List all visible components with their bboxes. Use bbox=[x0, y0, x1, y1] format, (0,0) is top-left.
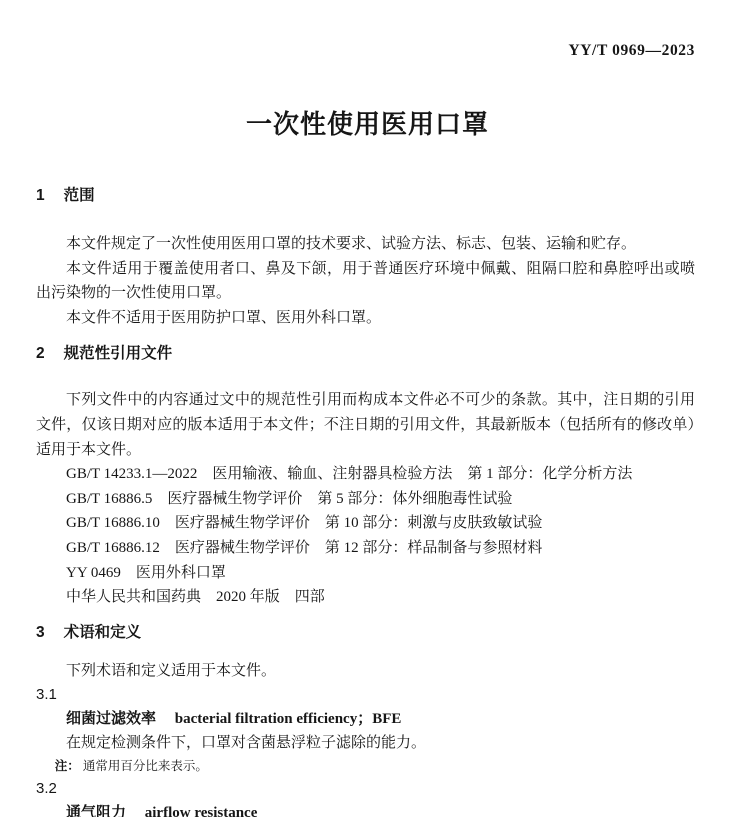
term-entry-title: 细菌过滤效率 bacterial filtration efficiency；B… bbox=[36, 707, 695, 731]
section-title: 范围 bbox=[64, 187, 95, 204]
paragraph: 本文件不适用于医用防护口罩、医用外科口罩。 bbox=[36, 306, 695, 331]
references-intro-paragraph: 下列文件中的内容通过文中的规范性引用而构成本文件必不可少的条款。其中，注日期的引… bbox=[36, 388, 695, 462]
note-text: 通常用百分比来表示。 bbox=[83, 759, 208, 773]
terms-block: 下列术语和定义适用于本文件。 3.1 细菌过滤效率 bacterial filt… bbox=[36, 659, 695, 817]
section-heading-terms: 3 术语和定义 bbox=[36, 623, 695, 643]
document-body: 1 范围 本文件规定了一次性使用医用口罩的技术要求、试验方法、标志、包装、运输和… bbox=[0, 186, 735, 817]
paragraph: 本文件适用于覆盖使用者口、鼻及下颌，用于普通医疗环境中佩戴、阻隔口腔和鼻腔呼出或… bbox=[36, 257, 695, 306]
term-definition: 在规定检测条件下，口罩对含菌悬浮粒子滤除的能力。 bbox=[36, 731, 695, 755]
note-label: 注： bbox=[55, 759, 80, 773]
term-entry-id: 3.1 bbox=[36, 683, 695, 707]
paragraph: 本文件规定了一次性使用医用口罩的技术要求、试验方法、标志、包装、运输和贮存。 bbox=[36, 232, 695, 257]
term-chinese: 通气阻力 bbox=[66, 804, 126, 817]
reference-item: GB/T 16886.12 医疗器械生物学评价 第 12 部分：样品制备与参照材… bbox=[36, 536, 695, 561]
term-english: airflow resistance bbox=[145, 805, 258, 817]
reference-item: GB/T 14233.1—2022 医用输液、输血、注射器具检验方法 第 1 部… bbox=[36, 462, 695, 487]
section-heading-normative-references: 2 规范性引用文件 bbox=[36, 344, 695, 364]
reference-list: GB/T 14233.1—2022 医用输液、输血、注射器具检验方法 第 1 部… bbox=[36, 462, 695, 610]
scope-paragraphs: 本文件规定了一次性使用医用口罩的技术要求、试验方法、标志、包装、运输和贮存。 本… bbox=[36, 232, 695, 330]
section-title: 术语和定义 bbox=[64, 624, 142, 641]
document-page: YY/T 0969—2023 一次性使用医用口罩 1 范围 本文件规定了一次性使… bbox=[0, 0, 735, 817]
standard-code: YY/T 0969—2023 bbox=[568, 42, 695, 60]
term-note: 注： 通常用百分比来表示。 bbox=[36, 755, 695, 777]
reference-item: 中华人民共和国药典 2020 年版 四部 bbox=[36, 585, 695, 610]
section-number: 3 bbox=[36, 624, 45, 641]
term-entry-id: 3.2 bbox=[36, 777, 695, 801]
term-chinese: 细菌过滤效率 bbox=[66, 710, 156, 727]
section-title: 规范性引用文件 bbox=[64, 345, 173, 362]
document-title: 一次性使用医用口罩 bbox=[0, 0, 735, 142]
section-heading-scope: 1 范围 bbox=[36, 186, 695, 206]
section-number: 1 bbox=[36, 187, 45, 204]
term-english: bacterial filtration efficiency；BFE bbox=[175, 711, 402, 727]
reference-item: YY 0469 医用外科口罩 bbox=[36, 561, 695, 586]
reference-item: GB/T 16886.5 医疗器械生物学评价 第 5 部分：体外细胞毒性试验 bbox=[36, 487, 695, 512]
terms-intro-paragraph: 下列术语和定义适用于本文件。 bbox=[36, 659, 695, 683]
term-entry-title: 通气阻力 airflow resistance bbox=[36, 801, 695, 817]
reference-item: GB/T 16886.10 医疗器械生物学评价 第 10 部分：刺激与皮肤致敏试… bbox=[36, 511, 695, 536]
section-number: 2 bbox=[36, 345, 45, 362]
